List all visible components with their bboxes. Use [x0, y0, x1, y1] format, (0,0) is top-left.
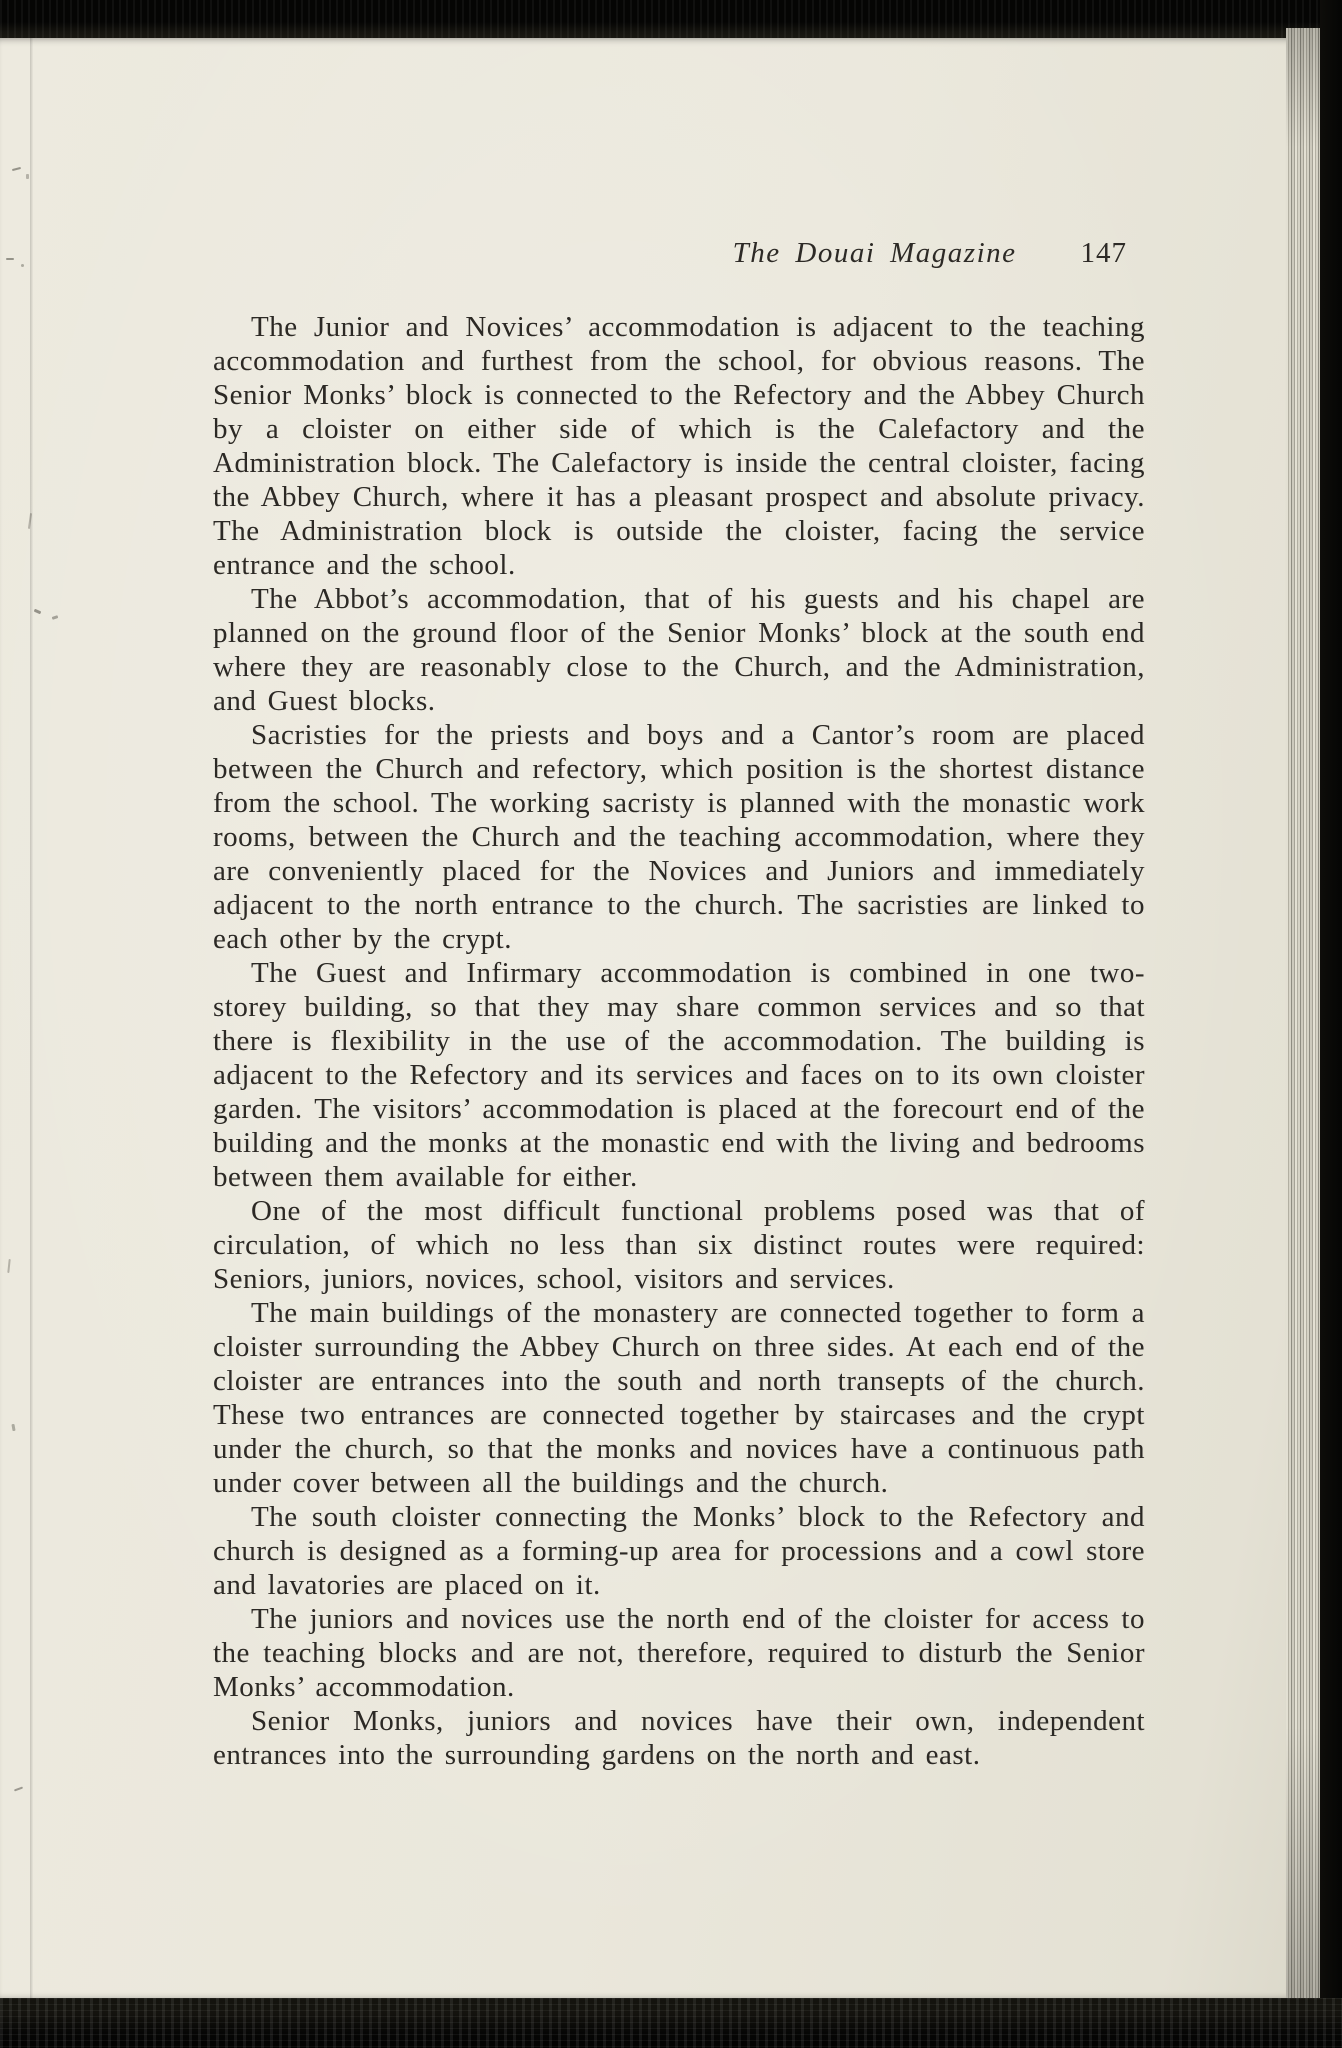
paragraph: The Guest and Infirmary accommodation is… — [213, 956, 1145, 1194]
book-cover-top — [0, 0, 1342, 40]
article-body: The Junior and Novices’ accommodation is… — [213, 310, 1145, 1772]
scan-artifact — [12, 167, 21, 171]
paragraph: The Abbot’s accommodation, that of his g… — [213, 582, 1145, 718]
scan-artifact — [11, 1424, 15, 1431]
page-header: The Douai Magazine 147 — [213, 236, 1127, 270]
paragraph: The main buildings of the monastery are … — [213, 1296, 1145, 1500]
gutter-crease — [30, 38, 33, 1998]
paragraph: The Junior and Novices’ accommodation is… — [213, 310, 1145, 582]
paragraph: Sacristies for the priests and boys and … — [213, 718, 1145, 956]
scan-artifact — [7, 1259, 10, 1273]
paragraph: The juniors and novices use the north en… — [213, 1602, 1145, 1704]
page-number: 147 — [1081, 236, 1128, 270]
scan-artifact — [21, 264, 24, 267]
scanned-book-photo: The Douai Magazine 147 The Junior and No… — [0, 0, 1342, 2048]
scan-artifact — [6, 258, 14, 260]
paragraph: Senior Monks, juniors and novices have t… — [213, 1704, 1145, 1772]
book-cover-bottom — [0, 1998, 1342, 2048]
magazine-page: The Douai Magazine 147 The Junior and No… — [0, 38, 1288, 1998]
scan-artifact — [34, 609, 42, 615]
scan-artifact — [52, 615, 59, 620]
paragraph: The south cloister connecting the Monks’… — [213, 1500, 1145, 1602]
magazine-title: The Douai Magazine — [733, 236, 1017, 270]
scan-artifact — [14, 1787, 23, 1792]
book-cover-right — [1320, 0, 1342, 2048]
paragraph: One of the most difficult functional pro… — [213, 1194, 1145, 1296]
scan-artifact — [26, 174, 29, 179]
page-edges-stack — [1286, 28, 1322, 2002]
